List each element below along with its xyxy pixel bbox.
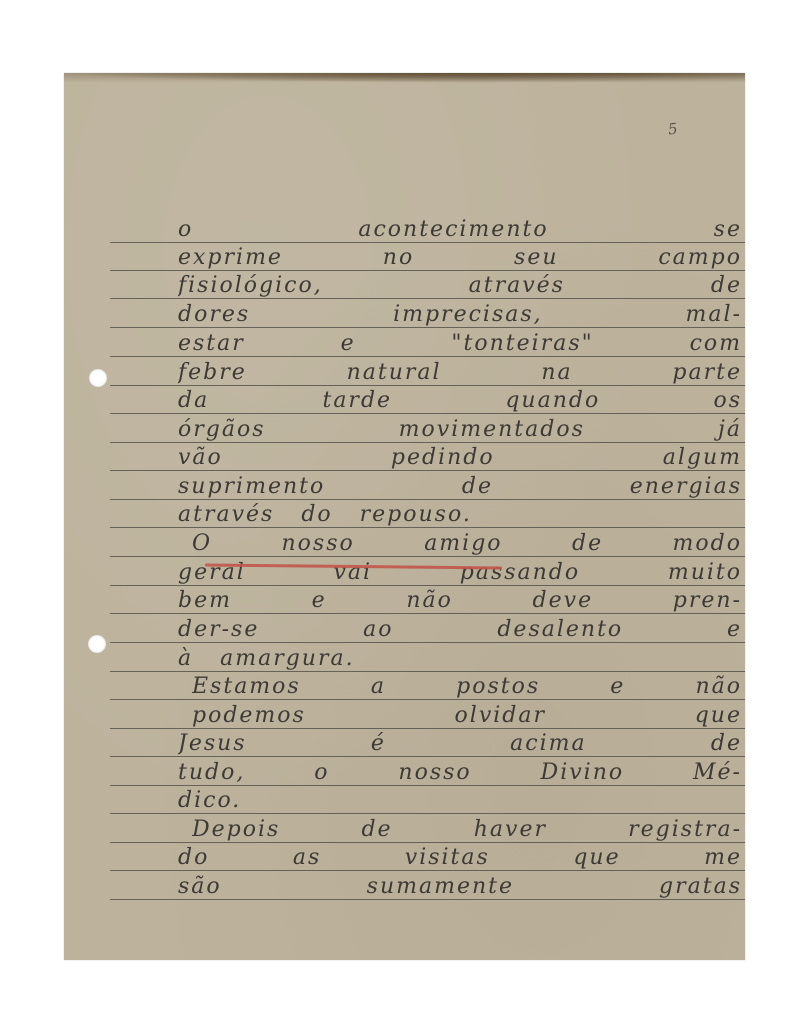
punch-hole-top [89, 369, 107, 387]
handwritten-line: dores imprecisas, mal- [178, 301, 742, 329]
handwritten-line: podemos olvidar que [192, 702, 742, 730]
handwritten-line: exprime no seu campo [178, 244, 742, 272]
handwritten-line: são sumamente gratas [178, 873, 742, 901]
handwritten-line: através do repouso. [178, 501, 742, 529]
handwritten-line: da tarde quando os [178, 387, 742, 415]
handwritten-line: órgãos movimentados já [178, 416, 742, 444]
handwritten-line: vão pedindo algum [178, 444, 742, 472]
handwritten-line: do as visitas que me [178, 844, 742, 872]
handwritten-line: O nosso amigo de modo [192, 530, 742, 558]
scan-canvas: 5 o acontecimento se exprime no seu camp… [0, 0, 807, 1024]
handwritten-line: febre natural na parte [178, 359, 742, 387]
handwritten-line: o acontecimento se [178, 216, 742, 244]
handwritten-line: der-se ao desalento e [178, 616, 742, 644]
punch-hole-bottom [88, 635, 106, 653]
handwritten-line: Depois de haver registra- [192, 816, 742, 844]
handwritten-line: Jesus é acima de [178, 730, 742, 758]
handwritten-line: dico. [178, 787, 742, 815]
handwritten-line: fisiológico, através de [178, 272, 742, 300]
handwritten-line: à amargura. [178, 645, 742, 673]
handwritten-line: bem e não deve pren- [178, 587, 742, 615]
top-edge-stain [64, 73, 745, 83]
handwritten-line: estar e "tonteiras" com [178, 330, 742, 358]
handwritten-line: suprimento de energias [178, 473, 742, 501]
handwritten-line: tudo, o nosso Divino Mé- [178, 759, 742, 787]
handwritten-line: Estamos a postos e não [192, 673, 742, 701]
